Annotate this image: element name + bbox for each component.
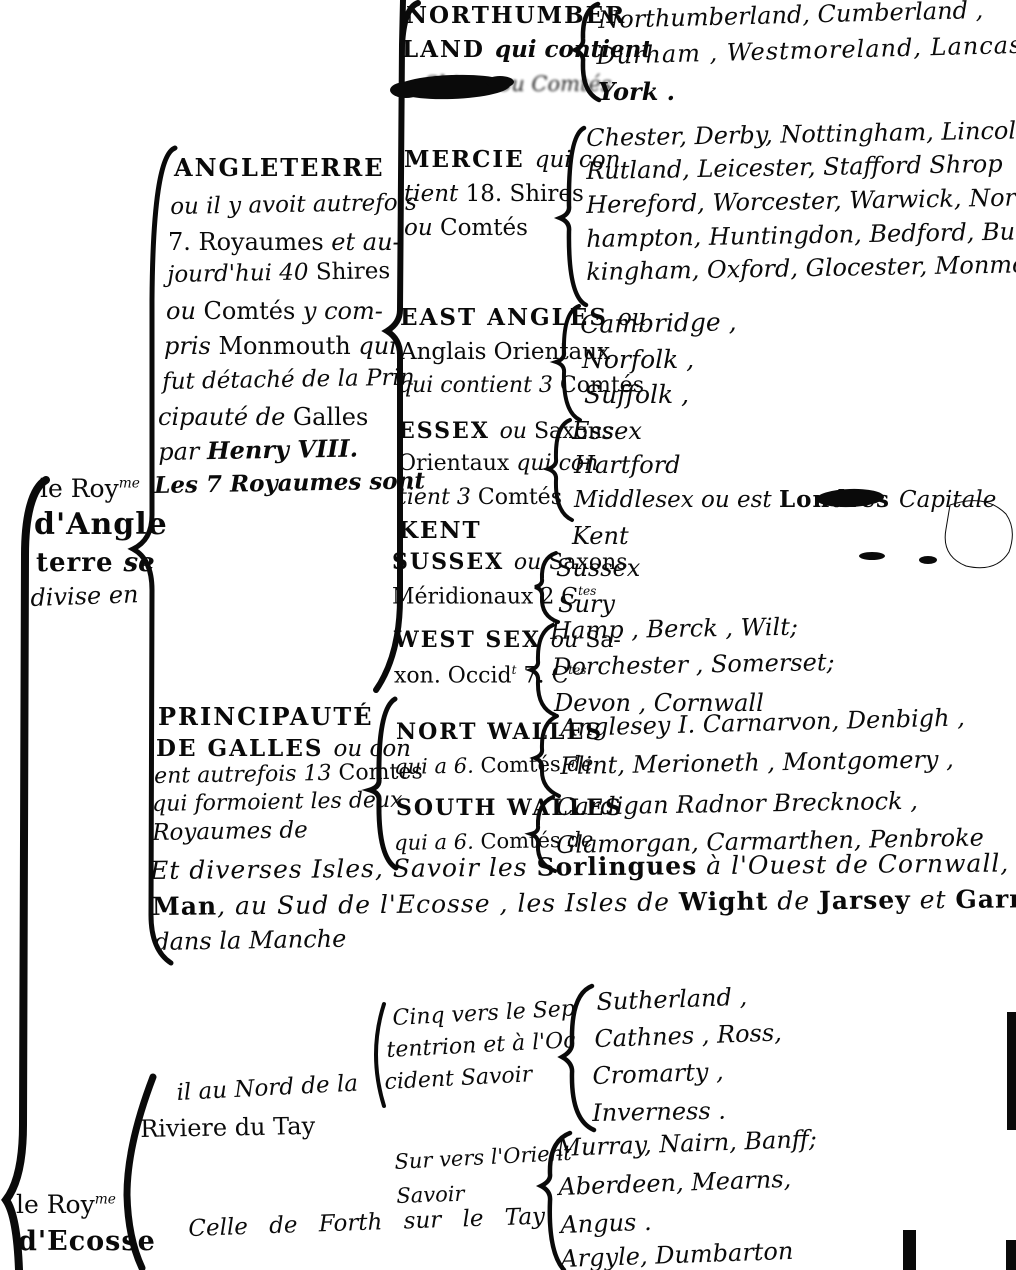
mercie-county-line: Hereford, Worcester, Warwick, Nort <box>586 185 1016 217</box>
angleterre-desc-line: pris Monmouth qui <box>164 334 397 358</box>
north-county-line: Inverness . <box>592 1099 726 1125</box>
galles-title-line: DE GALLES ou con <box>156 737 411 761</box>
east-angles-county-line: Norfolk , <box>582 347 694 372</box>
south-walles-county-line: Cardigan Radnor Brecknock , <box>556 789 918 819</box>
east-county-line: Angus . <box>560 1210 652 1237</box>
angleterre-desc-line: fut détaché de la Prin <box>162 367 415 394</box>
isles-line: Man, au Sud de l'Ecosse , les Isles de W… <box>152 886 1016 919</box>
galles-desc-line: qui formoient les deux <box>152 790 403 816</box>
east-angles-name-line: Anglais Orientaux <box>400 341 610 364</box>
england-root-line: le Royme <box>40 476 140 501</box>
engraved-genealogical-table-scan: le Royme d'Angle terre se divise en ANGL… <box>0 0 1016 1270</box>
artifact-right-edge-bar <box>1007 1012 1016 1130</box>
ecosse-intro-line: Riviere du Tay <box>140 1114 315 1141</box>
north-county-line: Cromarty , <box>592 1059 724 1088</box>
east-group-label-line: Sur vers l'Orient <box>394 1143 572 1173</box>
isles-line: dans la Manche <box>154 927 347 954</box>
northumberland-county-line: Northumberland, Cumberland , <box>598 0 984 32</box>
artifact-corner-bar <box>1006 1240 1016 1270</box>
mercie-county-line: hampton, Huntingdon, Bedford, Buc <box>586 219 1016 251</box>
east-county-line: Murray, Nairn, Banff; <box>556 1127 817 1160</box>
northumberland-county-line: York . <box>598 80 675 104</box>
angleterre-desc-line: cipauté de Galles <box>158 405 368 429</box>
east-county-line: Argyle, Dumbarton <box>560 1239 794 1270</box>
north-group-label-line: tentrion et à l'Oc <box>386 1030 576 1062</box>
north-group-label-line: cident Savoir <box>384 1064 533 1094</box>
ecosse-root-line: d'Ecosse <box>18 1228 156 1255</box>
sussex-county-line: Sury <box>558 592 615 616</box>
northumberland-name-line-smudged: Shires ou Comtés <box>424 74 612 95</box>
essex-county-line: Hartford <box>574 453 681 477</box>
angleterre-desc-line: jourd'hui 40 Shires <box>167 260 390 287</box>
angleterre-desc-line: par Henry VIII. <box>158 437 358 464</box>
north-county-line: Sutherland , <box>596 985 747 1014</box>
england-root-line: divise en <box>30 582 139 610</box>
artifact-bottom-bar <box>903 1230 916 1270</box>
kent-name-line: KENT <box>398 519 482 543</box>
nort-walles-county-line: Flint, Merioneth , Montgomery , <box>560 747 954 778</box>
angleterre-title: ANGLETERRE <box>174 156 385 180</box>
east-group-label-line: Savoir <box>396 1184 465 1207</box>
isles-line: Et diverses Isles, Savoir les Sorlingues… <box>150 849 1016 883</box>
galles-title-line: PRINCIPAUTÉ <box>158 705 374 729</box>
east-angles-county-line: Suffolk , <box>584 382 689 407</box>
forth-line: Celle de Forth sur le Tay <box>188 1206 545 1241</box>
ecosse-intro-line: il au Nord de la <box>176 1072 359 1104</box>
north-county-line: Cathnes , Ross, <box>594 1020 782 1051</box>
kent-county-line: Kent <box>572 524 629 548</box>
east-angles-county-line: Cambridge , <box>580 309 737 337</box>
north-group-label-line: Cinq vers le Sep <box>392 998 575 1030</box>
essex-name-line: tient 3 Comtés <box>398 487 562 509</box>
galles-desc-line: Royaumes de <box>152 819 308 845</box>
england-root-line: terre se <box>36 550 155 576</box>
sussex-county-line: Sussex <box>556 556 640 580</box>
ecosse-root-line: le Royme <box>16 1192 116 1217</box>
galles-desc-line: ent autrefois 13 Comtes <box>154 761 423 788</box>
west-sex-county-line: Hamp , Berck , Wilt; <box>550 615 798 643</box>
essex-name-line: Orientaux qui con <box>398 453 598 475</box>
mercie-county-line: Rutland, Leicester, Stafford Shrop <box>586 152 1003 183</box>
angleterre-desc-line: 7. Royaumes et au- <box>168 230 401 254</box>
angleterre-desc-line: ou Comtés y com- <box>166 299 383 323</box>
essex-county-line: Middlesex ou est Londres Capitale <box>574 488 996 512</box>
mercie-name-line: tient 18. Shires <box>404 183 584 206</box>
angleterre-desc-line: Les 7 Royaumes sont <box>154 469 425 498</box>
mercie-county-line: kingham, Oxford, Glocester, Monmouth <box>586 252 1016 284</box>
east-county-line: Aberdeen, Mearns, <box>558 1167 792 1199</box>
west-sex-county-line: Dorchester , Somerset; <box>552 650 835 679</box>
essex-county-line: Essex <box>572 419 642 443</box>
paren-cinq-group <box>376 1004 384 1106</box>
england-root-line: d'Angle <box>34 510 168 540</box>
northumberland-name-line: NORTHUMBER <box>406 4 626 28</box>
mercie-county-line: Chester, Derby, Nottingham, Lincoln <box>586 118 1016 150</box>
mercie-name-line: ou Comtés <box>404 217 528 240</box>
northumberland-county-line: Durham , Westmoreland, Lancaster <box>596 32 1016 68</box>
angleterre-desc-line: ou il y avoit autrefois <box>170 192 417 219</box>
